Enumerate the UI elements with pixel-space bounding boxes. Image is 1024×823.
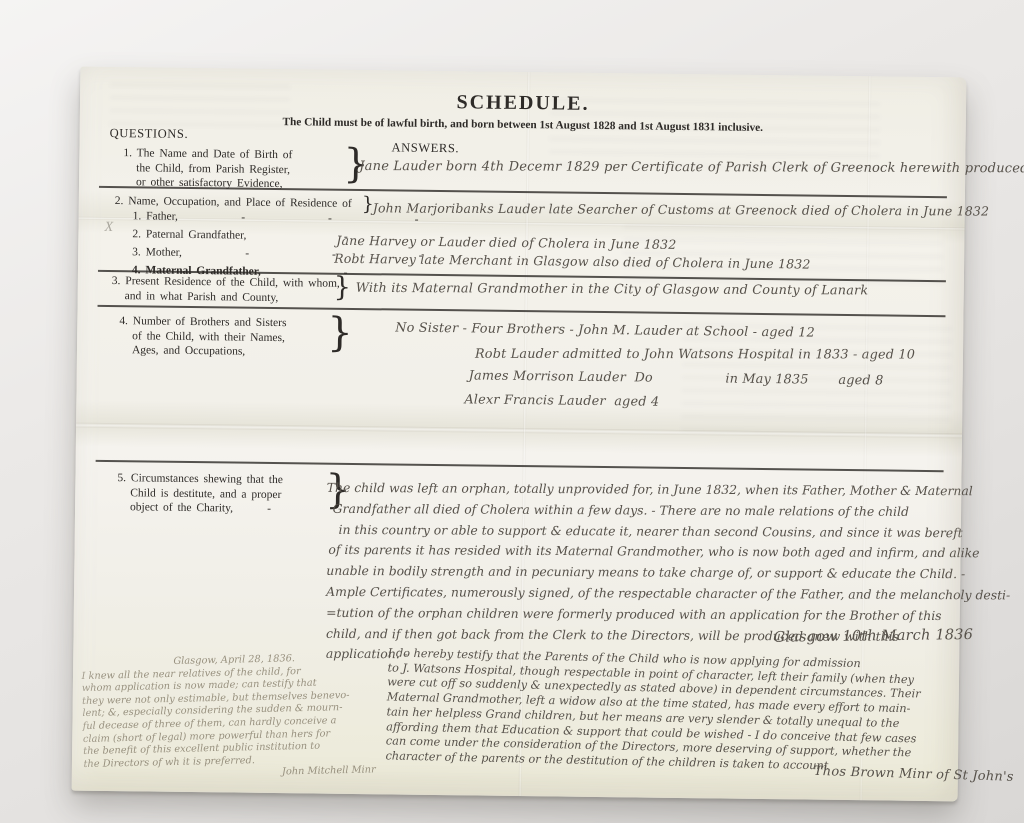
answer-2-father: John Marjoribanks Lauder late Searcher o… bbox=[373, 200, 990, 218]
question-3-brace: } bbox=[334, 274, 352, 301]
question-5: 5. Circumstances shewing that the Child … bbox=[117, 471, 333, 517]
right-note-signature: Thos Brown Minr of St John's bbox=[814, 764, 1014, 785]
answer-1-child-name-birth: Jane Lauder born 4th Decemr 1829 per Cer… bbox=[359, 159, 1024, 176]
answer-4-siblings-line: Alexr Francis Lauder aged 4 bbox=[464, 392, 659, 409]
answer-4-siblings-line: Robt Lauder admitted to John Watsons Hos… bbox=[475, 347, 915, 363]
pencil-x-mark: X bbox=[104, 220, 113, 236]
question-3: 3. Present Residence of the Child, with … bbox=[112, 274, 340, 306]
answers-header: ANSWERS. bbox=[391, 140, 459, 156]
rule-divider bbox=[96, 460, 944, 472]
answer-5-line: =tution of the orphan children were form… bbox=[326, 603, 958, 627]
answer-5-dateline: Glasgow 10th March 1836 bbox=[773, 627, 973, 646]
question-2-item-paternal-grandfather: 2. Paternal Grandfather, - bbox=[132, 227, 348, 244]
answer-5-line: Ample Certificates, numerously signed, o… bbox=[326, 582, 958, 606]
minister-left-note: Glasgow, April 28, 1836. I knew all the … bbox=[81, 651, 390, 784]
question-4-brace: } bbox=[327, 313, 353, 353]
question-3-line: and in what Parish and County, bbox=[112, 289, 340, 306]
minister-right-note: I do hereby testify that the Parents of … bbox=[385, 646, 966, 777]
questions-header: QUESTIONS. bbox=[110, 126, 189, 142]
document-photo: { "colors": { "backdrop": "#e9e7e6", "pa… bbox=[0, 0, 1024, 823]
answer-5-line: Grandfather all died of Cholera within a… bbox=[327, 499, 959, 523]
question-5-line: object of the Charity, - bbox=[117, 500, 332, 517]
answer-5-line: The child was left an orphan, totally un… bbox=[327, 478, 959, 502]
schedule-form-paper: SCHEDULE. The Child must be of lawful bi… bbox=[72, 67, 967, 802]
answer-3-residence: With its Maternal Grandmother in the Cit… bbox=[356, 281, 869, 299]
answer-4-siblings-line: No Sister - Four Brothers - John M. Laud… bbox=[395, 320, 815, 340]
question-4: 4. Number of Brothers and Sisters of the… bbox=[119, 314, 330, 360]
question-4-line: Ages, and Occupations, bbox=[119, 343, 329, 360]
